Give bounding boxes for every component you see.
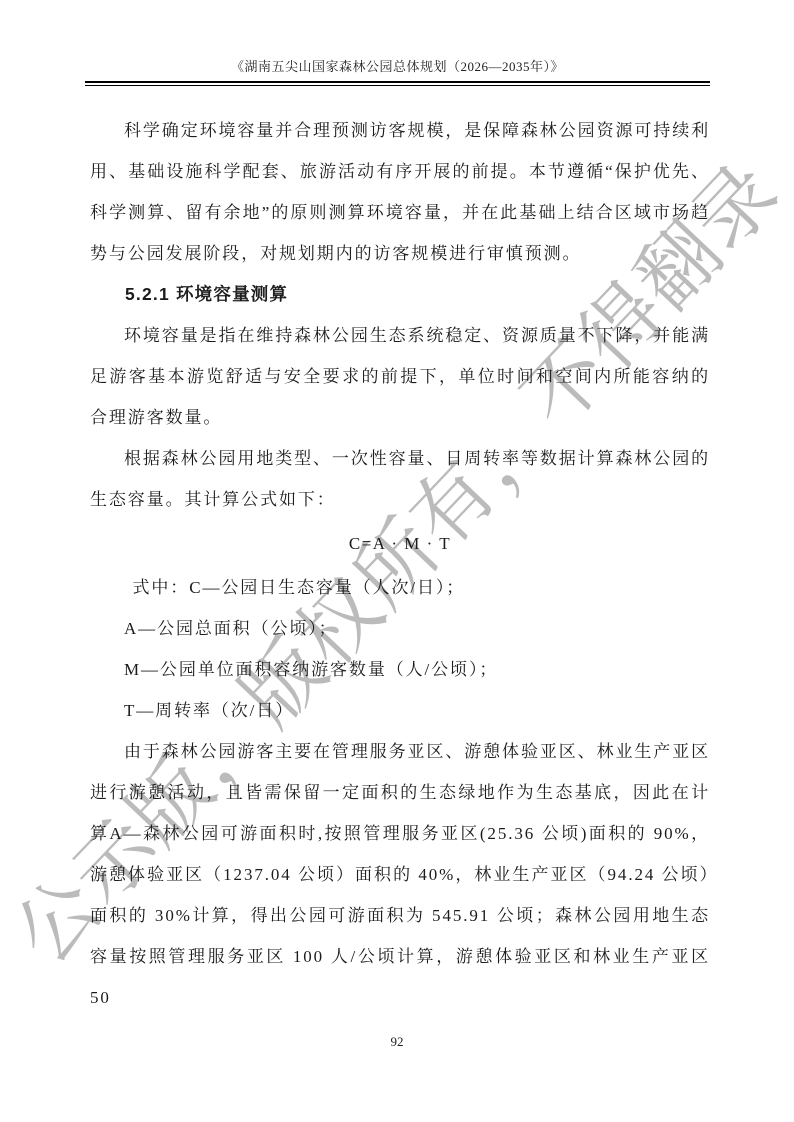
page-header-title: 《湖南五尖山国家森林公园总体规划（2026—2035年）》 [85,56,710,75]
document-page: 《湖南五尖山国家森林公园总体规划（2026—2035年）》 公示版，版权所有，不… [0,0,794,1122]
section-heading-5-2-1: 5.2.1 环境容量测算 [90,274,710,315]
paragraph-calculation: 由于森林公园游客主要在管理服务亚区、游憩体验亚区、林业生产亚区进行游憩活动，且皆… [90,731,710,1018]
paragraph-capacity-definition: 环境容量是指在维持森林公园生态系统稳定、资源质量不下降，并能满足游客基本游览舒适… [90,315,710,438]
page-number: 92 [0,1034,794,1050]
paragraph-intro: 科学确定环境容量并合理预测访客规模，是保障森林公园资源可持续利用、基础设施科学配… [90,110,710,274]
formula-def-a: A—公园总面积（公顷）； [124,608,710,649]
formula-where-line: 式中：C—公园日生态容量（人次/日）； [133,567,711,608]
paragraph-method: 根据森林公园用地类型、一次性容量、日周转率等数据计算森林公园的生态容量。其计算公… [90,438,710,520]
formula-def-m: M—公园单位面积容纳游客数量（人/公顷）； [124,649,710,690]
header-rule [85,81,710,86]
formula-ecological-capacity: C=A · M · T [90,523,710,564]
formula-def-t: T—周转率（次/日） [124,690,710,731]
document-body: 科学确定环境容量并合理预测访客规模，是保障森林公园资源可持续利用、基础设施科学配… [90,110,710,1018]
